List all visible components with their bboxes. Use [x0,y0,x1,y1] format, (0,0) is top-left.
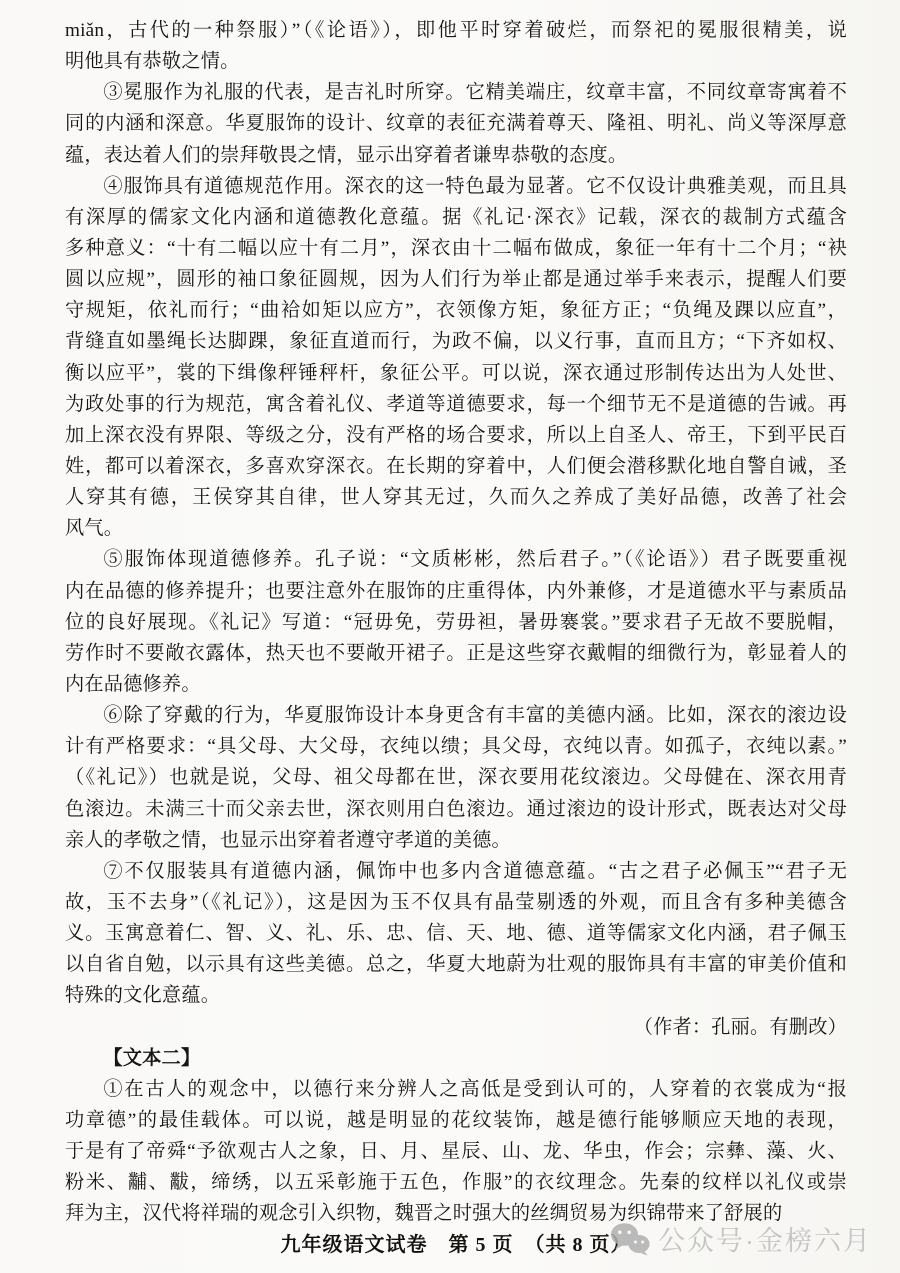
text-line: 亲人的孝敬之情，也显示出穿着者遵守孝道的美德。 [65,825,847,856]
text-line: ④服饰具有道德规范作用。深衣的这一特色最为显著。它不仅设计典雅美观，而且具 [65,171,847,202]
text-line: 风气。 [65,513,847,544]
text-line: 于是有了帝舜“予欲观古人之象，日、月、星辰、山、龙、华虫，作会；宗彝、藻、火、 [65,1136,847,1167]
text-line: 内在品德修养。 [65,669,847,700]
text-line: 蕴，表达着人们的崇拜敬畏之情，显示出穿着者谦卑恭敬的态度。 [65,140,847,171]
text-line: miǎn，古代的一种祭服）”（《论语》），即他平时穿着破烂，而祭祀的冕服很精美，… [65,15,847,46]
text-line: 义。玉寓意着仁、智、义、礼、乐、忠、信、天、地、德、道等儒家文化内涵，君子佩玉 [65,918,847,949]
text-line: 以自省自勉，以示具有这些美德。总之，华夏大地蔚为壮观的服饰具有丰富的审美价值和 [65,949,847,980]
scanned-exam-page: miǎn，古代的一种祭服）”（《论语》），即他平时穿着破烂，而祭祀的冕服很精美，… [0,0,900,1273]
footer-page-label: 九年级语文试卷 第 5 页 （共 8 页） [281,1234,632,1256]
text-line: 同的内涵和深意。华夏服饰的设计、纹章的表征充满着尊天、隆祖、明礼、尚义等深厚意 [65,108,847,139]
watermark: 公众号·金榜六月 [610,1219,872,1258]
text-line: 衡以应平”，裳的下缉像秤锤秤杆，象征公平。可以说，深衣通过形制传达出为人处世、 [65,358,847,389]
wechat-icon [610,1222,650,1256]
text-line: ⑥除了穿戴的行为，华夏服饰设计本身更含有丰富的美德内涵。比如，深衣的滚边设 [65,700,847,731]
text-line: ①在古人的观念中，以德行来分辨人之高低是受到认可的，人穿着的衣裳成为“报 [65,1074,847,1105]
text-line: 有深厚的儒家文化内涵和道德教化意蕴。据《礼记·深衣》记载，深衣的裁制方式蕴含 [65,202,847,233]
text-line: 计有严格要求：“具父母、大父母，衣纯以缋；具父母，衣纯以青。如孤子，衣纯以素。” [65,731,847,762]
document-body: miǎn，古代的一种祭服）”（《论语》），即他平时穿着破烂，而祭祀的冕服很精美，… [65,15,847,1229]
text-line: 姓，都可以着深衣，多喜欢穿深衣。在长期的穿着中，人们便会潜移默化地自警自诫，圣 [65,451,847,482]
text-line: 色滚边。未满三十而父亲去世，深衣则用白色滚边。通过滚边的设计形式，既表达对父母 [65,794,847,825]
text-line: 明他具有恭敬之情。 [65,46,847,77]
text-line: 多种意义：“十有二幅以应十有二月”，深衣由十二幅布做成，象征一年有十二个月；“袂 [65,233,847,264]
text-line: 粉米、黼、黻，缔绣，以五采彰施于五色，作服”的衣纹理念。先秦的纹样以礼仪或崇 [65,1167,847,1198]
text-line: 圆以应规”，圆形的袖口象征圆规，因为人们行为举止都是通过举手来表示，提醒人们要 [65,264,847,295]
text-line: 加上深衣没有界限、等级之分，没有严格的场合要求，所以上自圣人、帝王，下到平民百 [65,420,847,451]
text-line: 特殊的文化意蕴。 [65,980,847,1011]
text-line: 人穿其有德，王侯穿其自律，世人穿其无过，久而久之养成了美好品德，改善了社会 [65,482,847,513]
text-line: 【文本二】 [65,1043,847,1074]
text-line: （作者：孔丽。有删改） [65,1012,847,1043]
text-line: 为政处事的行为规范，寓含着礼仪、孝道等道德要求，每一个细节无不是道德的告诫。再 [65,389,847,420]
text-line: 背缝直如墨绳长达脚踝，象征直道而行，为政不偏，以义行事，直而且方；“下齐如权、 [65,326,847,357]
text-line: ③冕服作为礼服的代表，是吉礼时所穿。它精美端庄，纹章丰富，不同纹章寄寓着不 [65,77,847,108]
text-line: 劳作时不要敞衣露体，热天也不要敞开裙子。正是这些穿衣戴帽的细微行为，彰显着人的 [65,638,847,669]
text-line: 位的良好展现。《礼记》写道：“冠毋免，劳毋袒，暑毋褰裳。”要求君子无故不要脱帽， [65,607,847,638]
text-line: 内在品德的修养提升；也要注意外在服饰的庄重得体，内外兼修，才是道德水平与素质品 [65,576,847,607]
text-line: 故，玉不去身”（《礼记》），这是因为玉不仅具有晶莹剔透的外观，而且含有多种美德含 [65,887,847,918]
watermark-label: 公众号·金榜六月 [658,1219,872,1258]
text-line: 守规矩，依礼而行；“曲袷如矩以应方”，衣领像方矩，象征方正；“负绳及踝以应直”， [65,295,847,326]
text-line: ⑦不仅服装具有道德内涵，佩饰中也多内含道德意蕴。“古之君子必佩玉”“君子无 [65,856,847,887]
text-line: 功章德”的最佳载体。可以说，越是明显的花纹装饰，越是德行能够顺应天地的表现， [65,1105,847,1136]
text-line: （《礼记》）也就是说，父母、祖父母都在世，深衣要用花纹滚边。父母健在、深衣用青 [65,762,847,793]
text-line: ⑤服饰体现道德修养。孔子说：“文质彬彬，然后君子。”（《论语》）君子既要重视 [65,544,847,575]
